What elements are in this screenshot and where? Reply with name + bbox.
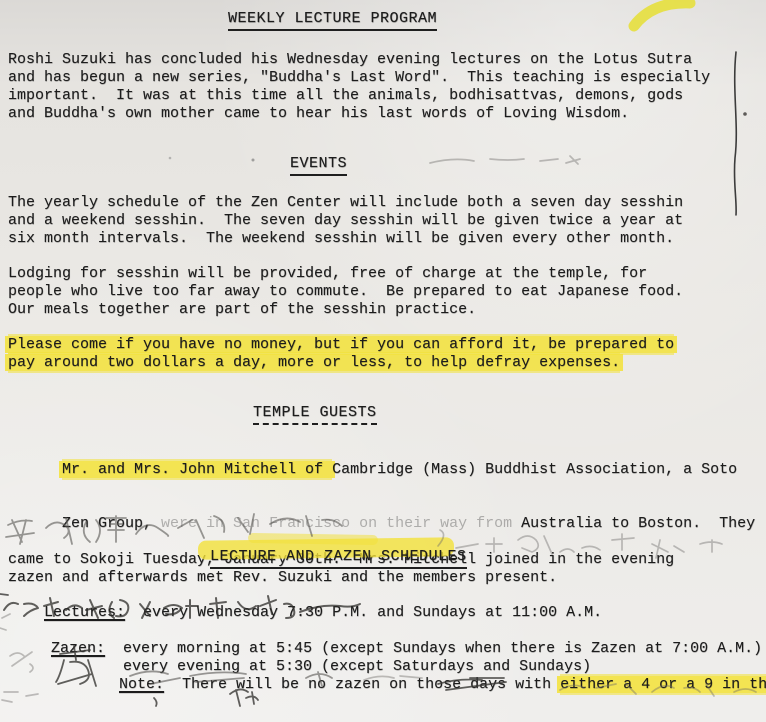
note-label: Note: xyxy=(119,676,164,693)
intro-line: and Buddha's own mother came to hear his… xyxy=(8,105,710,123)
events-schedule-paragraph: The yearly schedule of the Zen Center wi… xyxy=(8,194,683,248)
events-heading: EVENTS xyxy=(290,155,347,176)
events-line: The yearly schedule of the Zen Center wi… xyxy=(8,194,683,212)
lectures-text: every Wednesday 7:30 P.M. and Sundays at… xyxy=(125,604,602,621)
lodging-line: Lodging for sesshin will be provided, fr… xyxy=(8,265,683,283)
faded-text: were in San Francisco on their way from xyxy=(161,515,521,532)
margin-dot xyxy=(743,112,747,116)
events-line: six month intervals. The weekend sesshin… xyxy=(8,230,683,248)
intro-line: important. It was at this time all the a… xyxy=(8,87,710,105)
schedules-heading: LECTURE AND ZAZEN SCHEDULES xyxy=(210,548,467,569)
highlighted-text: either a 4 or a 9 in them. xyxy=(560,676,766,693)
note-text: There will be no zazen on those days wit… xyxy=(164,676,560,693)
page-title: WEEKLY LECTURE PROGRAM xyxy=(228,10,437,31)
highlighter-flick xyxy=(634,3,690,26)
scanned-document-page: WEEKLY LECTURE PROGRAM Roshi Suzuki has … xyxy=(0,0,766,722)
margin-pen-line xyxy=(734,52,736,215)
pencil-dot xyxy=(169,157,172,160)
lodging-line: people who live too far away to commute.… xyxy=(8,283,683,301)
temple-guests-heading: TEMPLE GUESTS xyxy=(253,404,377,425)
guests-line: zazen and afterwards met Rev. Suzuki and… xyxy=(8,569,755,587)
highlighted-text: pay around two dollars a day, more or le… xyxy=(8,354,620,371)
zazen-note-line: Note: There will be no zazen on those da… xyxy=(83,658,766,712)
intro-line: Roshi Suzuki has concluded his Wednesday… xyxy=(8,51,710,69)
intro-paragraph: Roshi Suzuki has concluded his Wednesday… xyxy=(8,51,710,123)
highlighted-text: Mr. and Mrs. John Mitchell of xyxy=(62,461,332,478)
guests-line: Zen Group, xyxy=(62,515,161,532)
pencil-dot xyxy=(252,159,255,162)
guests-line: Cambridge (Mass) Buddhist Association, a… xyxy=(332,461,737,478)
highlighted-text: Please come if you have no money, but if… xyxy=(8,336,674,353)
guests-line: Australia to Boston. They xyxy=(521,515,755,532)
lodging-paragraph: Lodging for sesshin will be provided, fr… xyxy=(8,265,683,319)
intro-line: and has begun a new series, "Buddha's La… xyxy=(8,69,710,87)
lodging-line: Our meals together are part of the sessh… xyxy=(8,301,683,319)
money-highlighted-paragraph: Please come if you have no money, but if… xyxy=(8,336,674,372)
lectures-label: Lectures: xyxy=(44,604,125,621)
events-line: and a weekend sesshin. The seven day ses… xyxy=(8,212,683,230)
